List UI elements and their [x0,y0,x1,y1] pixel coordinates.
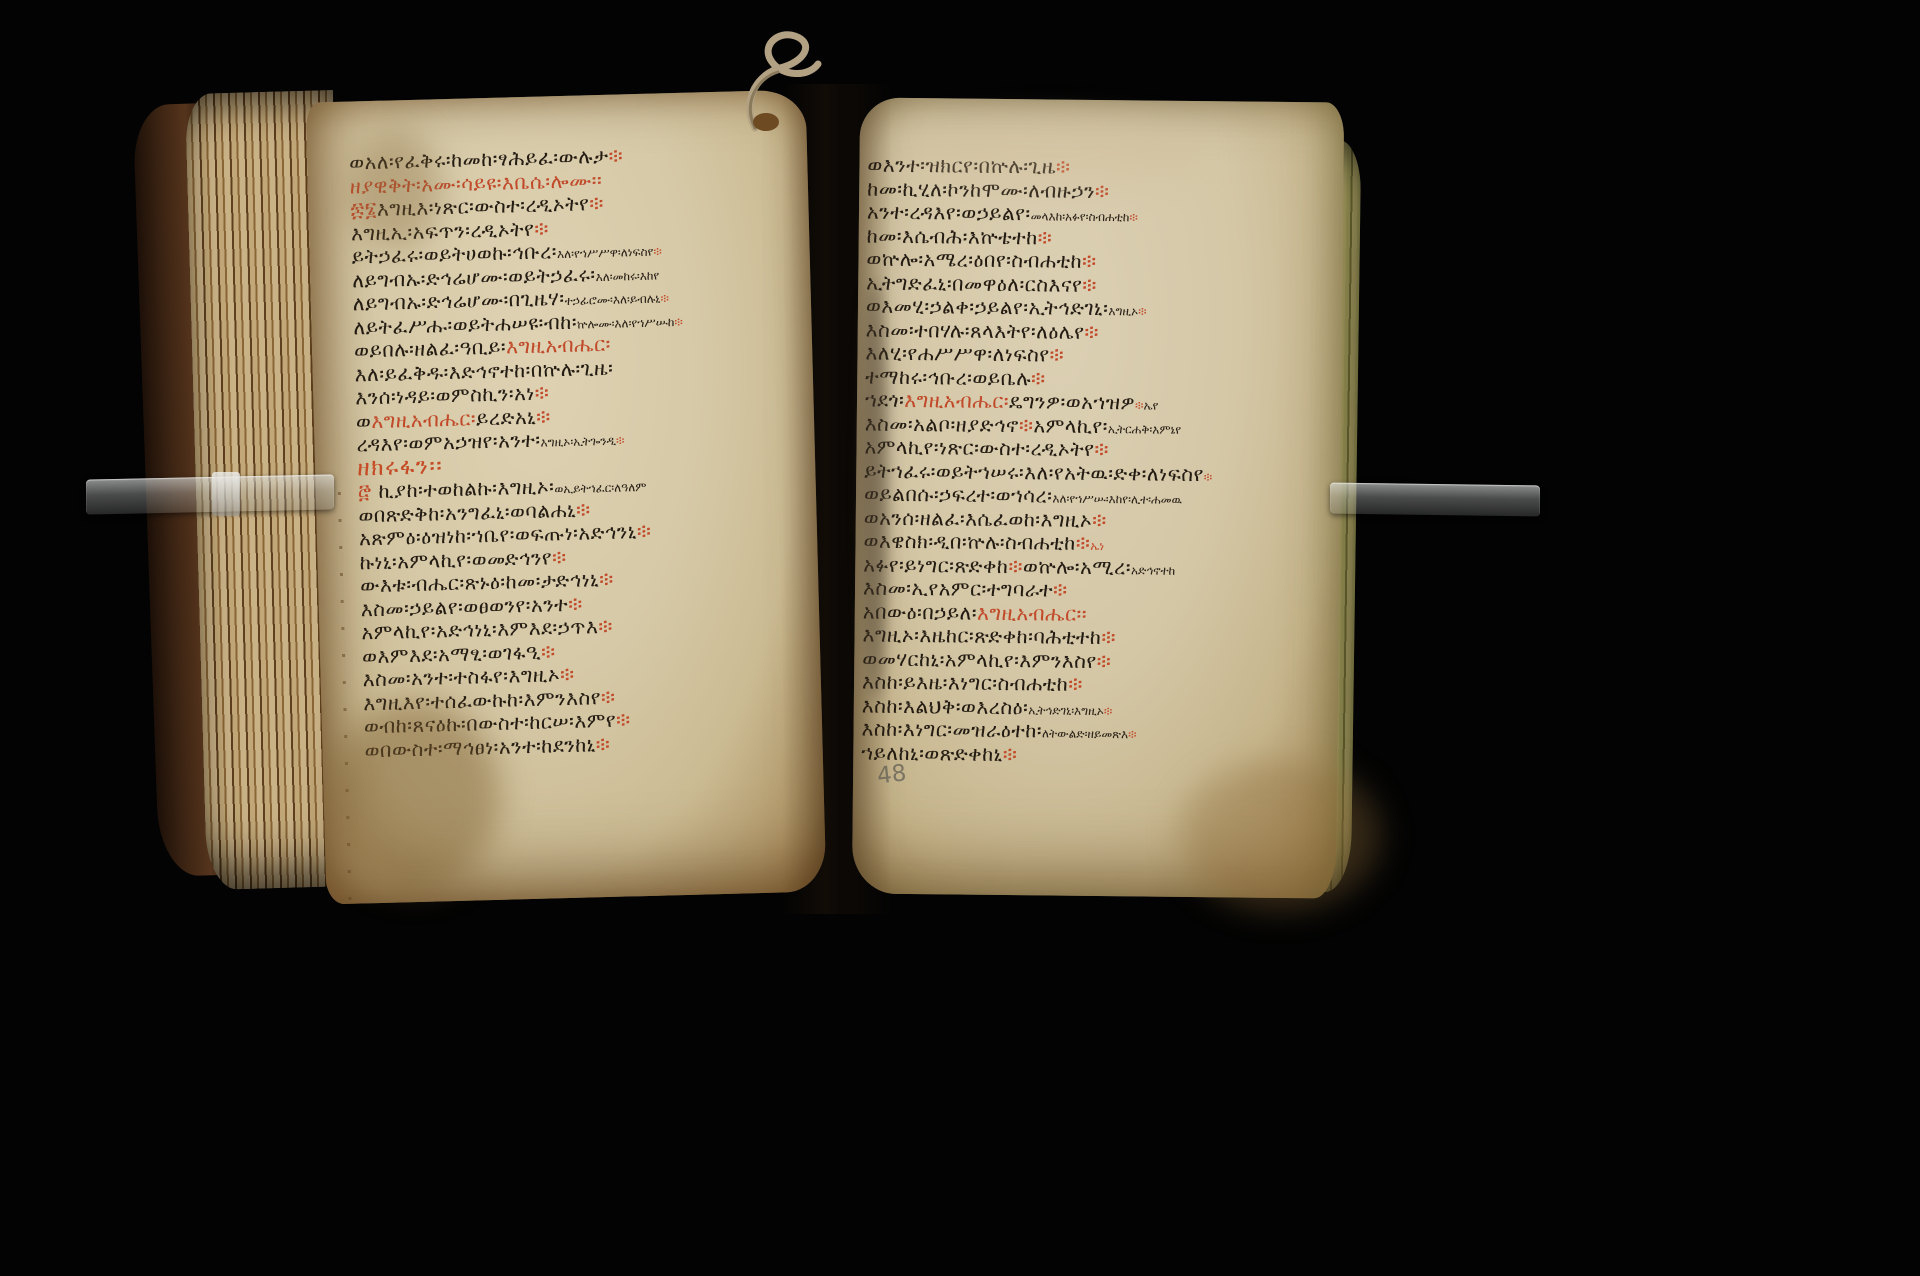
left-page: ወአለ፡የፈቅሩ፡ከመከ፡ፃሕይፈ፡ውሉታ፨ዘያዊቅት፡አሙ፡ሳይዩ፡እቤሴ፡ሎ… [306,90,827,905]
text-line: ኀይለከኒ፡ወጽድቀከኒ፨ [861,741,1329,769]
pricking-holes [338,492,352,905]
pencil-folio-number: 48 [876,760,908,789]
photo-scene: ወአለ፡የፈቅሩ፡ከመከ፡ፃሕይፈ፡ውሉታ፨ዘያዊቅት፡አሙ፡ሳይዩ፡እቤሴ፡ሎ… [0,0,1920,1276]
left-page-text: ወአለ፡የፈቅሩ፡ከመከ፡ፃሕይፈ፡ውሉታ፨ዘያዊቅት፡አሙ፡ሳይዩ፡እቤሴ፡ሎ… [349,140,817,763]
right-page: ወእንተ፡ዝክርየ፡በኵሉ፡ጊዜ፨ከመ፡ኪሂለ፡ኮንከሞሙ፡ለብዙኃን፨አንተ፡… [852,97,1344,898]
page-weight-right [1330,483,1540,517]
binding-cord [700,18,830,138]
right-page-text: ወእንተ፡ዝክርየ፡በኵሉ፡ጊዜ፨ከመ፡ኪሂለ፡ኮንከሞሙ፡ለብዙኃን፨አንተ፡… [861,154,1335,770]
page-weight-left-tip [212,472,240,516]
